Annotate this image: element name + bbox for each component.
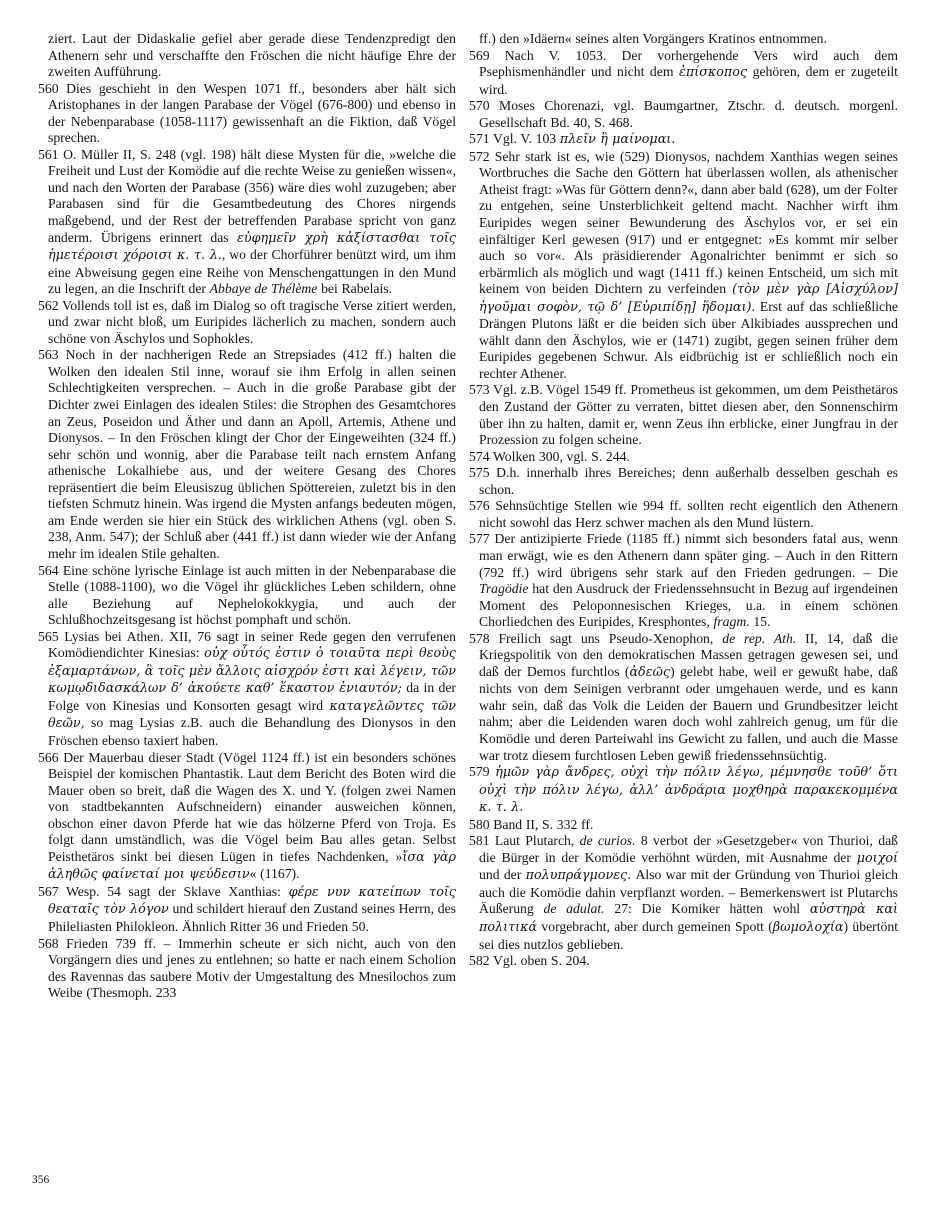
page-number: 356	[32, 1174, 49, 1186]
greek-citation-text: ἀδεῶς	[629, 665, 670, 680]
footnote-number: 563	[38, 347, 66, 362]
footnote-text: ff.) den »Idäern« seines alten Vorgänger…	[479, 31, 827, 46]
footnote-582: 582 Vgl. oben S. 204.	[469, 953, 898, 970]
footnote-number: 579	[469, 764, 495, 779]
footnote-number: 574	[469, 449, 493, 464]
footnote-number: 560	[38, 81, 66, 96]
footnote-574: 574 Wolken 300, vgl. S. 244.	[469, 449, 898, 466]
footnote-563: 563 Noch in der nachherigen Rede an Stre…	[38, 347, 456, 562]
footnote-number: 575	[469, 465, 496, 480]
greek-citation-text: πολυπράγμονες.	[526, 868, 632, 883]
italic-title-text: de curios.	[580, 833, 636, 848]
footnote-number: 573	[469, 382, 493, 397]
footnote-579: 579 ἡμῶν γὰρ ἄνδρες, οὐχὶ τὴν πόλιν λέγω…	[469, 764, 898, 817]
footnote-580: 580 Band II, S. 332 ff.	[469, 817, 898, 834]
footnote-text: Der antizipierte Friede (1185 ff.) nimmt…	[479, 531, 898, 579]
footnote-number: 571	[469, 131, 493, 146]
footnote-text: so mag Lysias z.B. auch die Behandlung d…	[48, 715, 456, 748]
italic-title-text: de adulat.	[544, 901, 605, 916]
footnote-text: vorgebracht, aber durch gemeinen Spott (	[537, 919, 773, 934]
footnote-561: 561 O. Müller II, S. 248 (vgl. 198) hält…	[38, 147, 456, 298]
greek-citation-text: ἡμῶν γὰρ ἄνδρες, οὐχὶ τὴν πόλιν λέγω, μέ…	[479, 765, 898, 815]
footnote-number: 561	[38, 147, 63, 162]
footnote-568: 568 Frieden 739 ff. – Immerhin scheute e…	[38, 936, 456, 1002]
footnote-continuation: ff.) den »Idäern« seines alten Vorgänger…	[469, 31, 898, 48]
footnote-562: 562 Vollends toll ist es, daß im Dialog …	[38, 298, 456, 348]
footnote-text: ziert. Laut der Didaskalie gefiel aber g…	[48, 31, 456, 79]
footnote-573: 573 Vgl. z.B. Vögel 1549 ff. Prometheus …	[469, 382, 898, 448]
footnote-text: Freilich sagt uns Pseudo-Xenophon,	[498, 631, 722, 646]
endnotes-columns: ziert. Laut der Didaskalie gefiel aber g…	[38, 31, 898, 1002]
footnote-number: 569	[469, 48, 505, 63]
footnote-number: 566	[38, 750, 63, 765]
footnote-number: 568	[38, 936, 66, 951]
footnote-number: 567	[38, 884, 66, 899]
italic-title-text: de rep. Ath.	[722, 631, 796, 646]
footnote-578: 578 Freilich sagt uns Pseudo-Xenophon, d…	[469, 631, 898, 764]
footnote-number: 580	[469, 817, 493, 832]
greek-citation-text: πλεῖν ἢ μαίνομαι.	[560, 132, 675, 147]
endnotes-column-left: ziert. Laut der Didaskalie gefiel aber g…	[38, 31, 456, 1002]
footnote-577: 577 Der antizipierte Friede (1185 ff.) n…	[469, 531, 898, 630]
footnote-text: Wesp. 54 sagt der Sklave Xanthias:	[66, 884, 289, 899]
footnote-text: 27: Die Komiker hätten wohl	[605, 901, 810, 916]
footnote-575: 575 D.h. innerhalb ihres Bereiches; denn…	[469, 465, 898, 498]
footnote-570: 570 Moses Chorenazi, vgl. Baumgartner, Z…	[469, 98, 898, 131]
footnote-text: D.h. innerhalb ihres Bereiches; denn auß…	[479, 465, 898, 497]
endnotes-column-right: ff.) den »Idäern« seines alten Vorgänger…	[469, 31, 898, 1002]
footnote-text: Vgl. oben S. 204.	[493, 953, 590, 968]
footnote-text: Wolken 300, vgl. S. 244.	[493, 449, 630, 464]
italic-title-text: fragm.	[714, 614, 750, 629]
footnote-text: bei Rabelais.	[317, 281, 392, 296]
footnote-581: 581 Laut Plutarch, de curios. 8 verbot d…	[469, 833, 898, 953]
footnote-number: 576	[469, 498, 495, 513]
footnote-564: 564 Eine schöne lyrische Einlage ist auc…	[38, 563, 456, 629]
footnote-text: « (1167).	[250, 866, 300, 881]
footnote-text: Vgl. V. 103	[493, 131, 560, 146]
footnote-text: 15.	[750, 614, 771, 629]
footnote-number: 570	[469, 98, 499, 113]
footnote-number: 562	[38, 298, 62, 313]
footnote-560: 560 Dies geschieht in den Wespen 1071 ff…	[38, 81, 456, 147]
greek-citation-text: μοιχοί	[857, 851, 898, 866]
footnote-text: Der Mauerbau dieser Stadt (Vögel 1124 ff…	[48, 750, 456, 864]
footnote-565: 565 Lysias bei Athen. XII, 76 sagt in se…	[38, 629, 456, 750]
footnote-text: hat den Ausdruck der Friedenssehnsucht i…	[479, 581, 898, 629]
footnote-text: Frieden 739 ff. – Immerhin scheute er si…	[48, 936, 456, 1001]
footnote-text: Vgl. z.B. Vögel 1549 ff. Prometheus ist …	[479, 382, 898, 447]
greek-citation-text: ἐπίσκοπος	[679, 65, 747, 80]
footnote-number: 577	[469, 531, 495, 546]
footnote-text: Noch in der nachherigen Rede an Strepsia…	[48, 347, 456, 561]
greek-citation-text: βωμολοχία	[773, 920, 844, 935]
footnote-continuation: ziert. Laut der Didaskalie gefiel aber g…	[38, 31, 456, 81]
footnote-572: 572 Sehr stark ist es, wie (529) Dionyso…	[469, 149, 898, 383]
footnote-566: 566 Der Mauerbau dieser Stadt (Vögel 112…	[38, 750, 456, 884]
footnote-text: und der	[479, 867, 526, 882]
footnote-569: 569 Nach V. 1053. Der vorhergehende Vers…	[469, 48, 898, 99]
footnote-text: Laut Plutarch,	[495, 833, 580, 848]
footnote-text: Vollends toll ist es, daß im Dialog so o…	[48, 298, 456, 346]
footnote-text: Sehnsüchtige Stellen wie 994 ff. sollten…	[479, 498, 898, 530]
footnote-text: Dies geschieht in den Wespen 1071 ff., b…	[48, 81, 456, 146]
italic-title-text: Abbaye de Thélème	[210, 281, 318, 296]
footnote-number: 572	[469, 149, 495, 164]
footnote-number: 578	[469, 631, 498, 646]
footnote-text: Band II, S. 332 ff.	[493, 817, 593, 832]
italic-title-text: Tragödie	[479, 581, 528, 596]
book-page: ziert. Laut der Didaskalie gefiel aber g…	[0, 0, 935, 1210]
footnote-567: 567 Wesp. 54 sagt der Sklave Xanthias: φ…	[38, 884, 456, 936]
footnote-number: 564	[38, 563, 63, 578]
footnote-text: Moses Chorenazi, vgl. Baumgartner, Ztsch…	[479, 98, 898, 130]
footnote-text: Sehr stark ist es, wie (529) Dionysos, n…	[479, 149, 898, 296]
footnote-571: 571 Vgl. V. 103 πλεῖν ἢ μαίνομαι.	[469, 131, 898, 149]
footnote-text: Eine schöne lyrische Einlage ist auch mi…	[48, 563, 456, 628]
footnote-576: 576 Sehnsüchtige Stellen wie 994 ff. sol…	[469, 498, 898, 531]
footnote-number: 581	[469, 833, 495, 848]
footnote-number: 582	[469, 953, 493, 968]
footnote-number: 565	[38, 629, 64, 644]
